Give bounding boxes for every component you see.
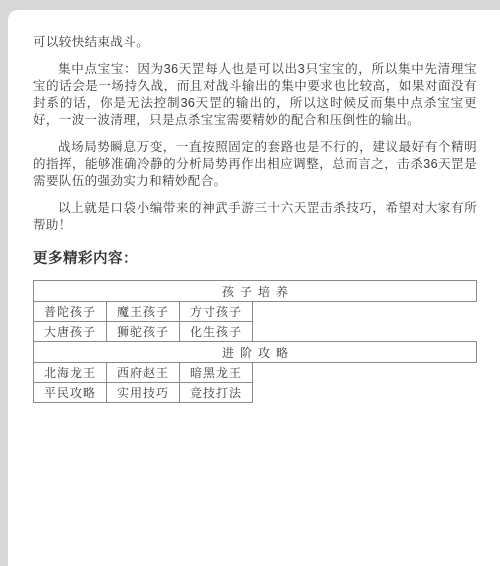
table-row: 平民攻略 实用技巧 竞技打法 (33, 382, 477, 403)
table-section-header-advanced: 进阶攻略 (33, 341, 477, 363)
table-row: 大唐孩子 狮驼孩子 化生孩子 (33, 321, 477, 342)
table-link-pingmin-guide[interactable]: 平民攻略 (33, 382, 107, 403)
table-link-competitive-play[interactable]: 竞技打法 (179, 382, 253, 403)
table-link-shituo-child[interactable]: 狮驼孩子 (106, 321, 180, 342)
table-link-practical-tips[interactable]: 实用技巧 (106, 382, 180, 403)
article-content: 可以较快结束战斗。 集中点宝宝：因为36天罡每人也是可以出3只宝宝的，所以集中先… (8, 10, 500, 403)
paragraph-focus-pets: 集中点宝宝：因为36天罡每人也是可以出3只宝宝的，所以集中先清理宝宝的话会是一场… (33, 61, 477, 129)
table-link-dark-dragon[interactable]: 暗黑龙王 (179, 362, 253, 383)
more-content-heading: 更多精彩内容： (33, 247, 477, 268)
table-link-xifu-zhao[interactable]: 西府赵王 (106, 362, 180, 383)
table-row: 北海龙王 西府赵王 暗黑龙王 (33, 362, 477, 383)
table-link-datang-child[interactable]: 大唐孩子 (33, 321, 107, 342)
related-content-table: 孩子培养 普陀孩子 魔王孩子 方寸孩子 大唐孩子 狮驼孩子 化生孩子 进阶攻略 … (33, 280, 477, 403)
table-section-header-children: 孩子培养 (33, 280, 477, 302)
page-background: { "page": { "background_color": "#d8d8d8… (0, 0, 500, 566)
table-link-huasheng-child[interactable]: 化生孩子 (179, 321, 253, 342)
paragraph-battle-end: 可以较快结束战斗。 (33, 34, 477, 51)
paragraph-battlefield-advice: 战场局势瞬息万变，一直按照固定的套路也是不行的，建议最好有个精明的指挥，能够准确… (33, 139, 477, 190)
table-link-fangcun-child[interactable]: 方寸孩子 (179, 301, 253, 322)
table-row: 普陀孩子 魔王孩子 方寸孩子 (33, 301, 477, 322)
article-card: 可以较快结束战斗。 集中点宝宝：因为36天罡每人也是可以出3只宝宝的，所以集中先… (8, 10, 500, 566)
table-link-mowang-child[interactable]: 魔王孩子 (106, 301, 180, 322)
table-link-putuo-child[interactable]: 普陀孩子 (33, 301, 107, 322)
paragraph-closing: 以上就是口袋小编带来的神武手游三十六天罡击杀技巧，希望对大家有所帮助！ (33, 200, 477, 234)
table-link-beihai-dragon[interactable]: 北海龙王 (33, 362, 107, 383)
